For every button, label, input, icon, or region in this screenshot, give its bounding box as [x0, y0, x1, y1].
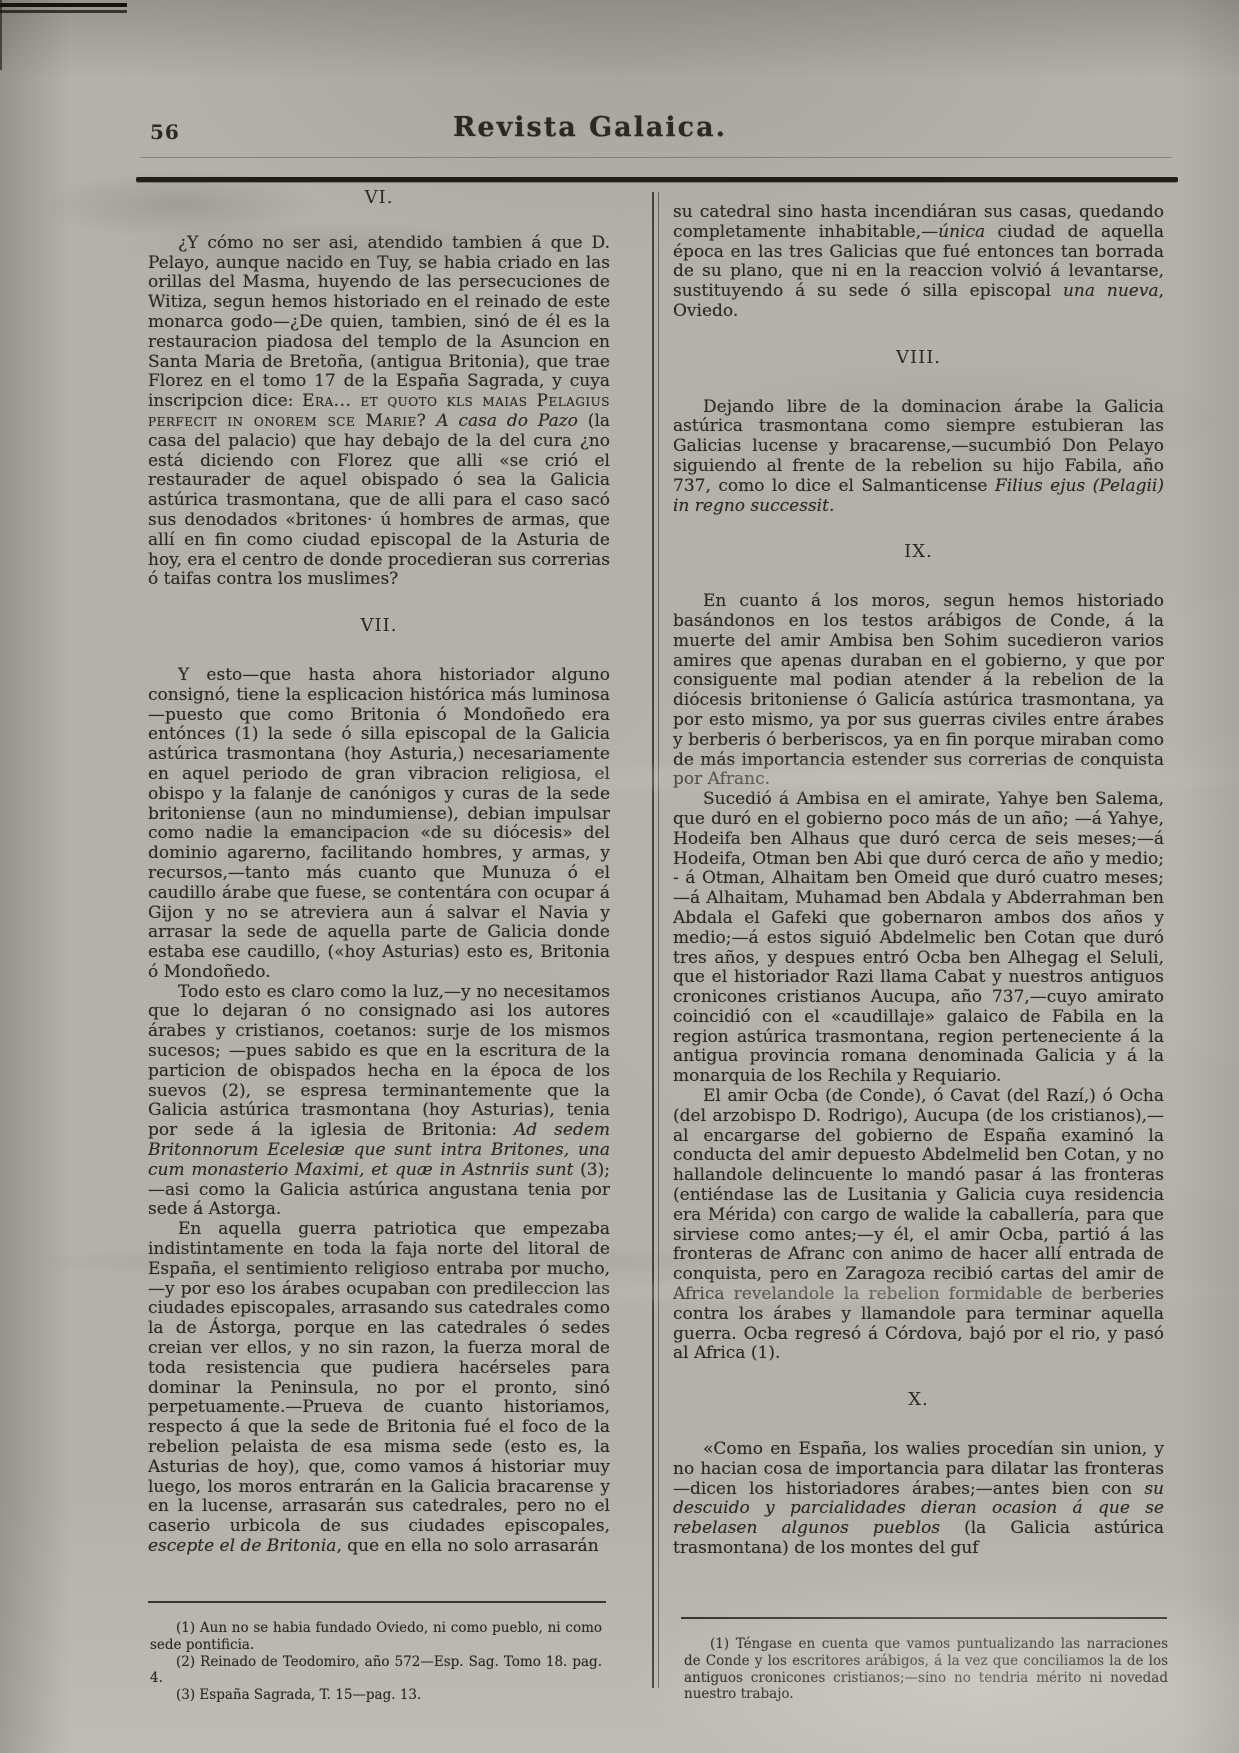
paragraph: Dejando libre de la dominacion árabe la … [673, 398, 1164, 517]
italic-text: única [938, 222, 985, 242]
paragraph: En aquella guerra patriotica que empezab… [148, 1220, 610, 1557]
paragraph: ¿Y cómo no ser asi, atendido tambien á q… [148, 234, 610, 590]
section-heading: IX. [673, 542, 1164, 562]
footnotes: (1) Téngase en cuenta que vamos puntuali… [684, 1636, 1168, 1703]
section-heading: VII. [148, 616, 610, 636]
paragraph: Sucedió á Ambisa en el amirate, Yahye be… [673, 790, 1164, 1087]
paragraph: su catedral sino hasta incendiáran sus c… [673, 203, 1164, 322]
journal-title: Revista Galaica. [140, 112, 1040, 143]
footnotes: (1) Aun no se habia fundado Oviedo, ni c… [150, 1620, 602, 1704]
paragraph: En cuanto á los moros, segun hemos histo… [673, 592, 1164, 790]
paragraph: Todo esto es claro como la luz,—y no nec… [148, 983, 610, 1221]
section-heading: VIII. [673, 348, 1164, 368]
header-rule [136, 177, 1178, 182]
column-body: VI.¿Y cómo no ser asi, atendido tambien … [148, 188, 610, 1557]
section-heading: X. [673, 1390, 1164, 1410]
italic-text: escepte el de Britonia [148, 1536, 336, 1556]
left-column: VI.¿Y cómo no ser asi, atendido tambien … [148, 186, 610, 1594]
footnote: (3) España Sagrada, T. 15—pag. 13. [150, 1687, 602, 1704]
page-edge-mark [0, 0, 2, 70]
footnote-rule-left [148, 1601, 606, 1603]
italic-text: una nueva [1063, 281, 1159, 301]
italic-text: A casa do Pazo [436, 411, 578, 431]
title-underline [140, 157, 1172, 158]
footnote: (2) Reinado de Teodomiro, año 572—Esp. S… [150, 1654, 602, 1688]
scanned-page: 56 Revista Galaica. VI.¿Y cómo no ser as… [0, 0, 1239, 1753]
section-heading: VI. [148, 188, 610, 208]
paragraph: Y esto—que hasta ahora historiador algun… [148, 666, 610, 983]
footnote: (1) Téngase en cuenta que vamos puntuali… [684, 1636, 1168, 1703]
column-divider [652, 192, 659, 1688]
paragraph: «Como en España, los walies procedían si… [673, 1440, 1164, 1559]
paragraph: El amir Ocba (de Conde), ó Cavat (del Ra… [673, 1087, 1164, 1364]
italic-text: Ad sedem Britonnorum Ecelesiæ que sunt i… [148, 1120, 610, 1180]
italic-text: su descuido y parcialidades dieran ocasi… [673, 1479, 1164, 1539]
page-edge-mark [0, 10, 127, 13]
right-column: su catedral sino hasta incendiáran sus c… [673, 203, 1164, 1611]
column-body: su catedral sino hasta incendiáran sus c… [673, 203, 1164, 1559]
footnote-rule-right [681, 1617, 1167, 1619]
italic-text: Filius ejus (Pelagii) in regno successit… [673, 476, 1164, 516]
footnote: (1) Aun no se habia fundado Oviedo, ni c… [150, 1620, 602, 1654]
page-edge-mark [0, 3, 127, 7]
